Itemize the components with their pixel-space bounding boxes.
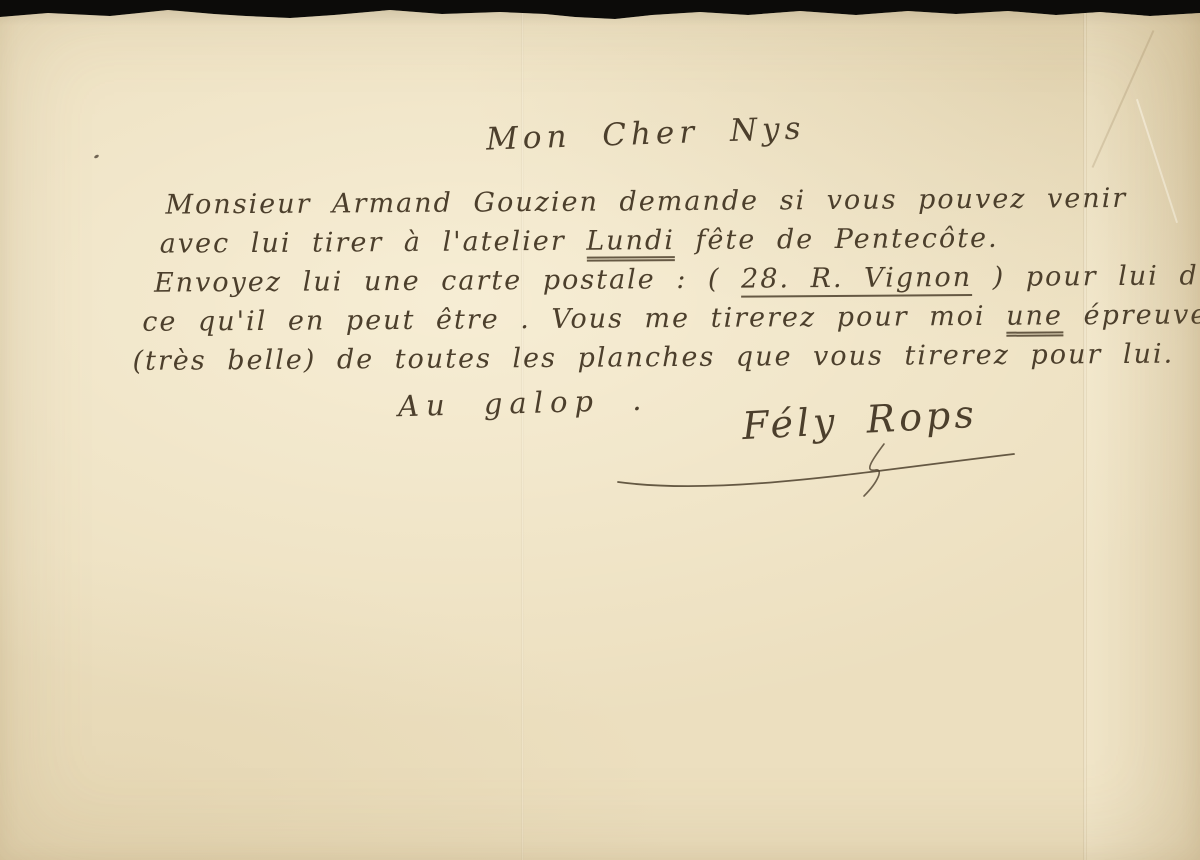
closing: Au galop . [398, 383, 649, 424]
salutation: Mon Cher Nys [485, 110, 806, 157]
fold-crease-right [1083, 12, 1087, 860]
signature-flourish [612, 438, 1022, 508]
letter-body: Monsieur Armand Gouzien demande si vous … [127, 178, 1200, 381]
right-edge-tone [1087, 12, 1200, 860]
letter-line: Monsieur Armand Gouzien demande si vous … [165, 178, 1200, 225]
letter-text: Envoyez lui une carte postale : ( [154, 264, 741, 299]
letter-text: Monsieur Armand Gouzien demande si vous … [165, 183, 1127, 221]
letter-text: (très belle) de toutes les planches que … [132, 339, 1174, 377]
letter-text: ce qu'il en peut être . Vous me tirerez … [142, 301, 1006, 338]
letter-text: ) pour lui dire [972, 260, 1200, 293]
letter-line: (très belle) de toutes les planches que … [132, 334, 1200, 381]
underlined-text: une [1006, 300, 1063, 336]
letter-text: fête de Pentecôte. [675, 223, 999, 256]
ink-speck [94, 154, 100, 159]
letter-paper: Mon Cher Nys Monsieur Armand Gouzien dem… [0, 0, 1200, 860]
letter-text: avec lui tirer à l'atelier [160, 226, 587, 260]
underlined-text: Lundi [586, 225, 675, 262]
underlined-text: 28. R. Vignon [741, 262, 972, 298]
fold-crease-diagonal-1 [1092, 30, 1155, 168]
letter-text: épreuve [1063, 299, 1200, 331]
